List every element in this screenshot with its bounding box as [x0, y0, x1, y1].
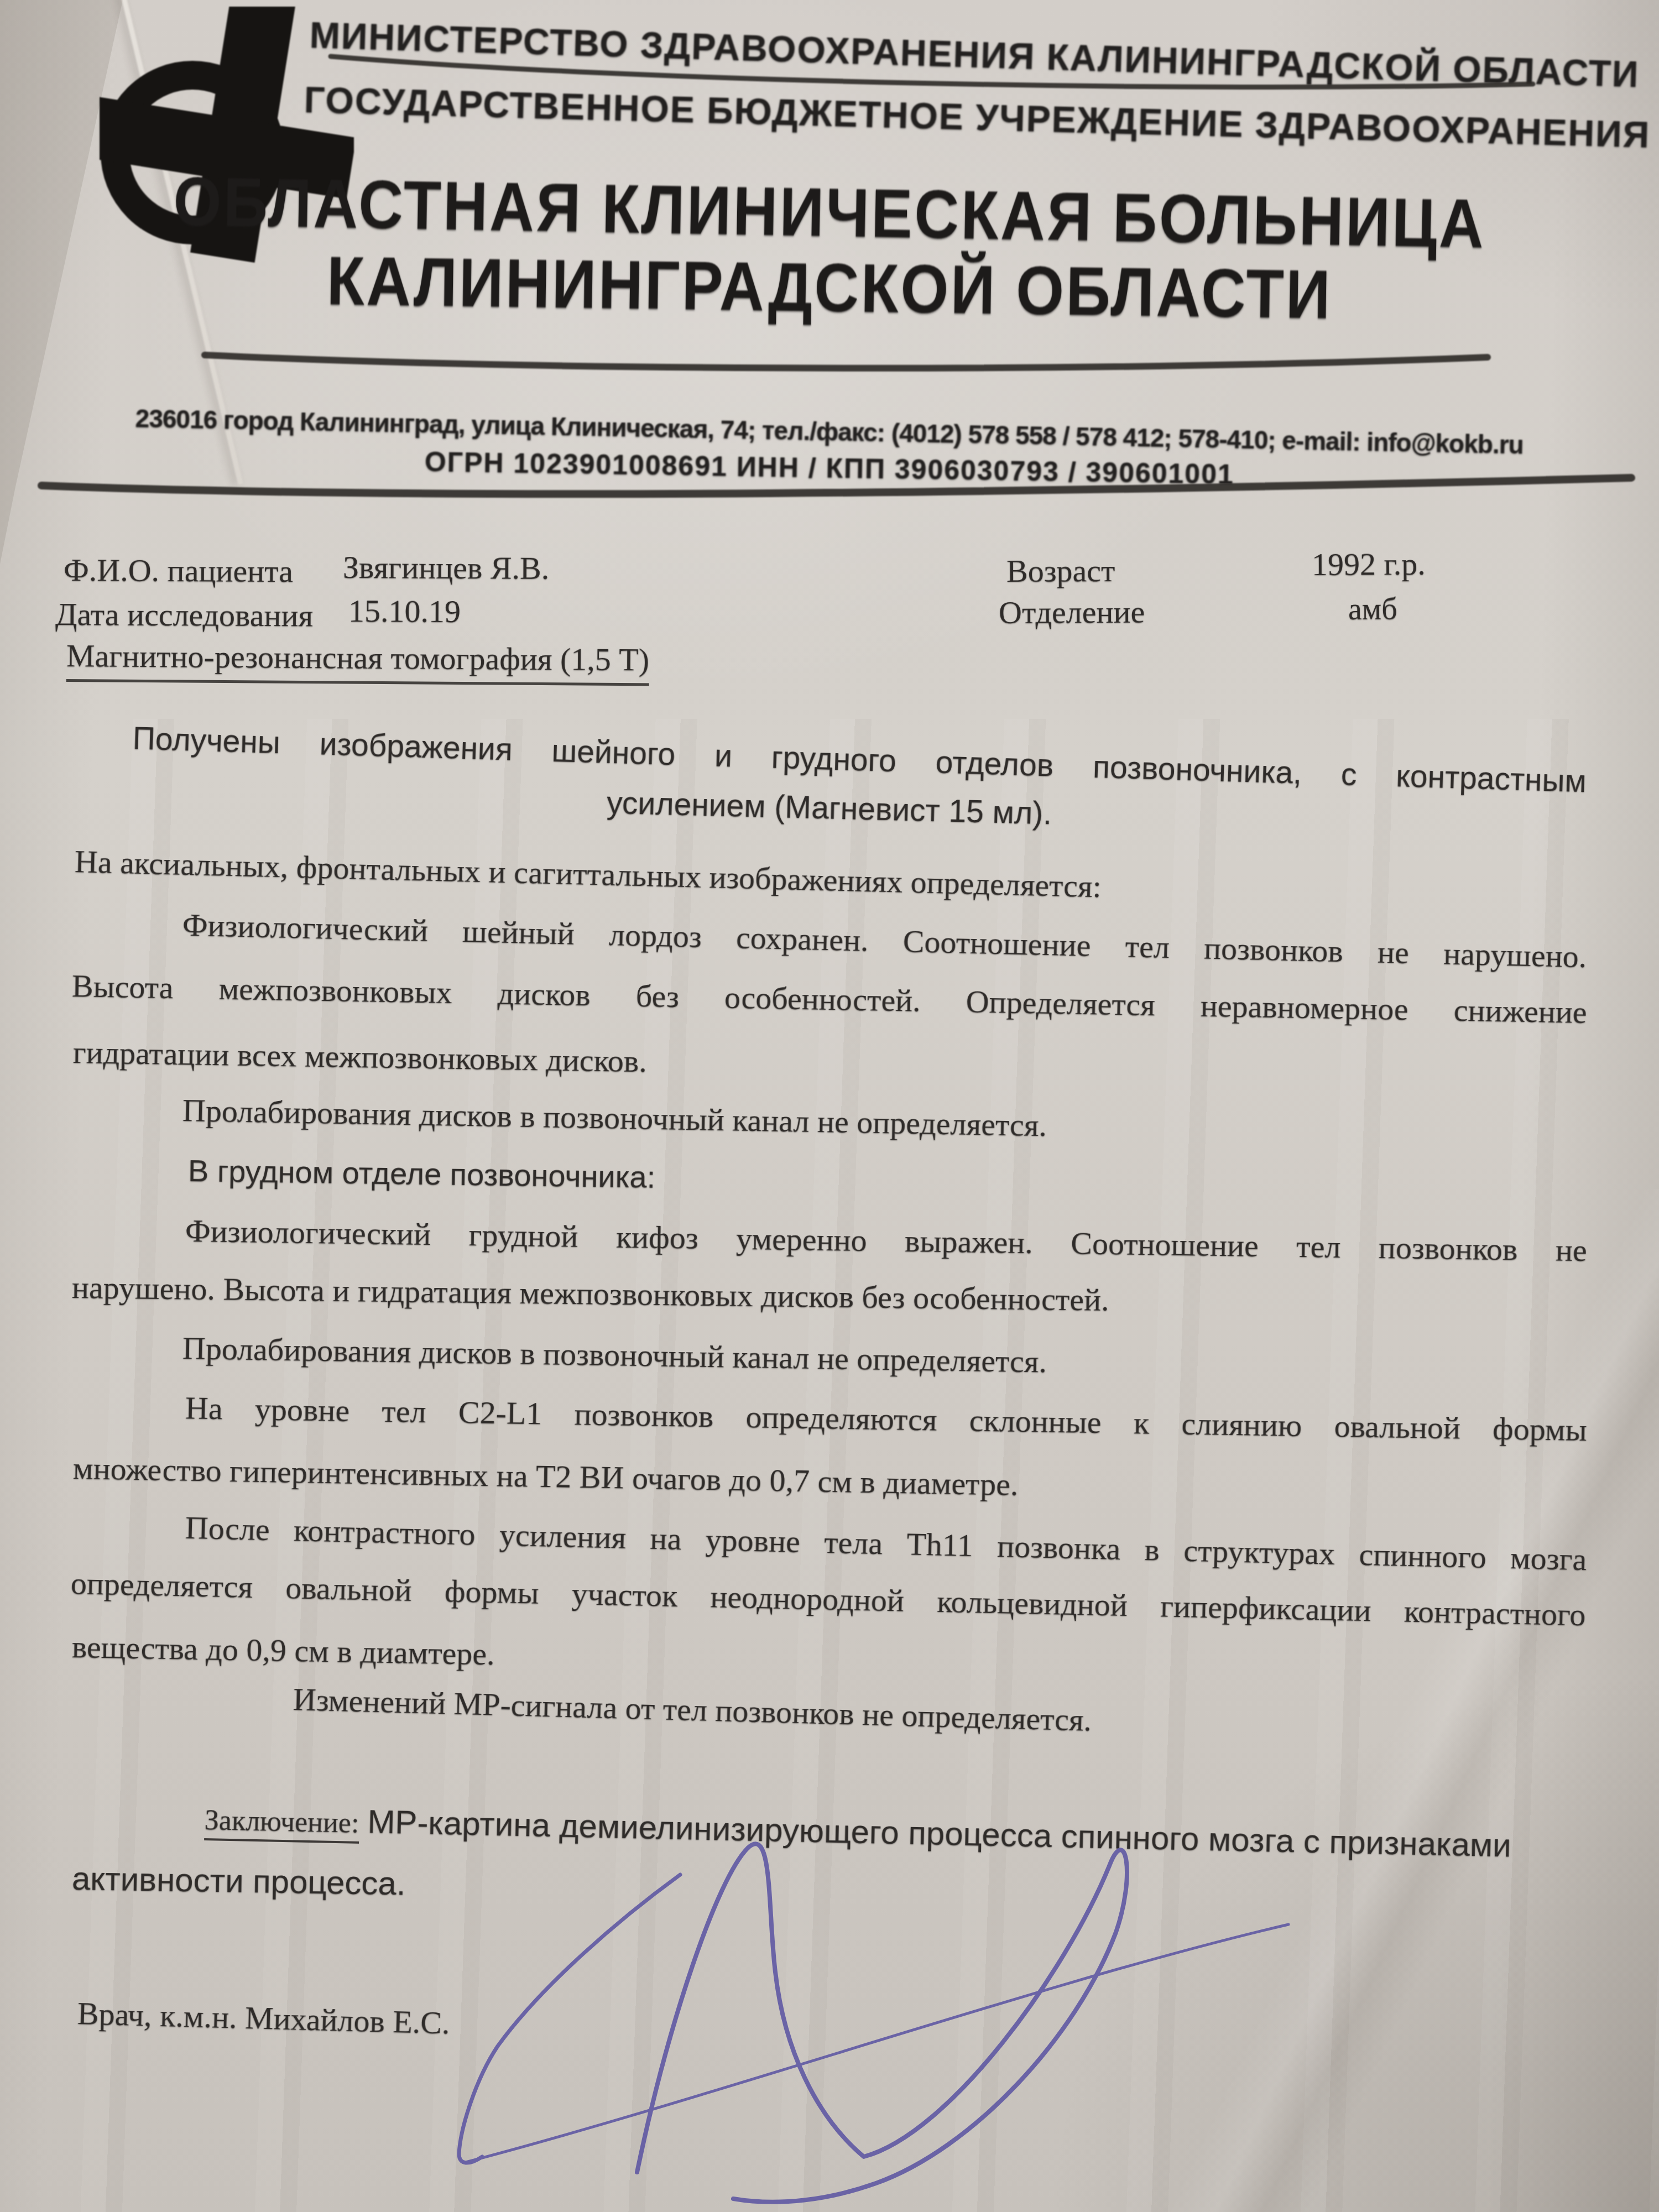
ministry-line: МИНИСТЕРСТВО ЗДРАВООХРАНЕНИЯ КАЛИНИНГРАД…: [309, 14, 1571, 93]
document-photo: МИНИСТЕРСТВО ЗДРАВООХРАНЕНИЯ КАЛИНИНГРАД…: [0, 0, 1659, 2212]
study-date-label: Дата исследования: [55, 596, 314, 634]
title-divider: [205, 355, 1488, 368]
conclusion-label: Заключение:: [204, 1804, 359, 1844]
patient-name-value: Звягинцев Я.В.: [343, 549, 550, 587]
report-line-16: вещества до 0,9 см в диамтере.: [71, 1629, 495, 1673]
conclusion-text-line2: активности процесса.: [71, 1859, 406, 1902]
patient-name-label: Ф.И.О. пациента: [64, 552, 293, 590]
study-title: Магнитно-резонансная томография (1,5 Т): [66, 638, 650, 686]
report-line-8: В грудном отделе позвоночника:: [188, 1153, 656, 1195]
department-value: амб: [1348, 592, 1397, 628]
institution-line: ГОСУДАРСТВЕННОЕ БЮДЖЕТНОЕ УЧРЕЖДЕНИЕ ЗДР…: [304, 79, 1576, 154]
study-date-value: 15.10.19: [348, 593, 461, 630]
underlying-sheet: [0, 0, 166, 581]
age-label: Возраст: [1006, 552, 1115, 590]
paper-crease: [1106, 1189, 1659, 2212]
department-label: Отделение: [999, 594, 1145, 632]
age-value: 1992 г.р.: [1312, 546, 1426, 583]
